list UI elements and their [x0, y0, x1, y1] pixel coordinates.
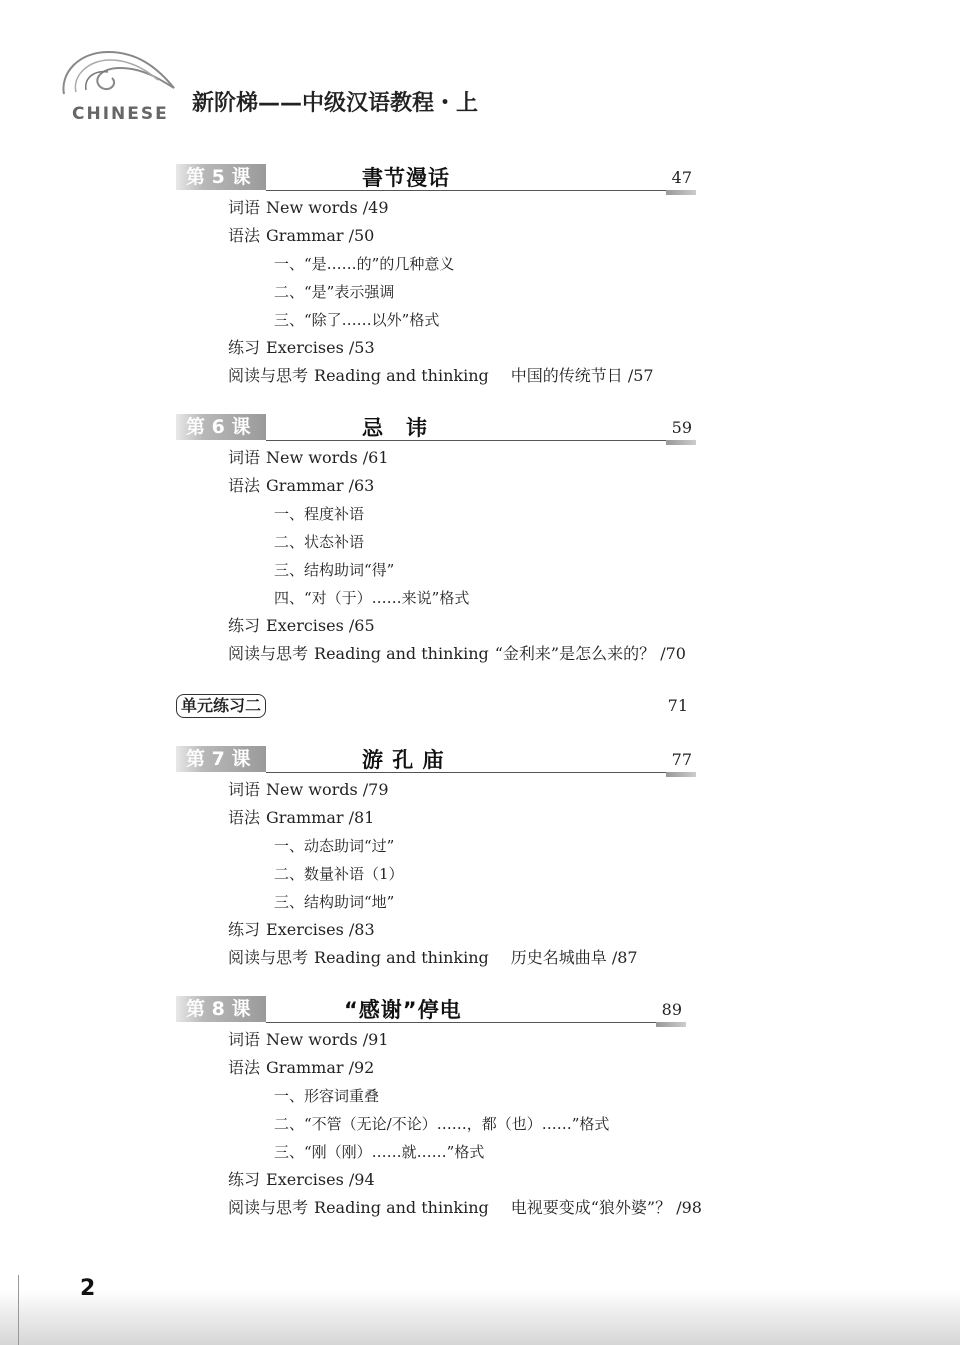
- grammar-point: 一、形容词重叠: [228, 1082, 686, 1110]
- grammar-point: 一、“是……的”的几种意义: [228, 250, 696, 278]
- toc-entry-exercises[interactable]: 练习Exercises /53: [228, 334, 696, 362]
- toc-entry-new-words[interactable]: 词语New words /91: [228, 1026, 686, 1054]
- lesson-header: 第 8 课 “感谢”停电 89: [176, 992, 686, 1024]
- grammar-point: 一、动态助词“过”: [228, 832, 696, 860]
- divider-cap: [656, 1022, 686, 1027]
- lesson-badge: 第 8 课: [176, 996, 266, 1022]
- lesson-title: 書节漫话: [362, 162, 450, 192]
- lesson-8: 第 8 课 “感谢”停电 89 词语New words /91 语法Gramma…: [176, 992, 686, 1222]
- unit-review-entry[interactable]: 单元练习二 71: [176, 694, 692, 720]
- lesson-5: 第 5 课 書节漫话 47 词语New words /49 语法Grammar …: [176, 160, 696, 390]
- grammar-point: 三、“除了……以外”格式: [228, 306, 696, 334]
- toc-entry-new-words[interactable]: 词语New words /79: [228, 776, 696, 804]
- logo: CHINESE: [58, 44, 178, 129]
- lesson-badge: 第 7 课: [176, 746, 266, 772]
- grammar-point: 三、结构助词“地”: [228, 888, 696, 916]
- grammar-point: 二、数量补语（1）: [228, 860, 696, 888]
- divider-cap: [666, 772, 696, 777]
- toc-entry-exercises[interactable]: 练习Exercises /65: [228, 612, 696, 640]
- lesson-header: 第 5 课 書节漫话 47: [176, 160, 696, 192]
- lesson-header: 第 7 课 游 孔 庙 77: [176, 742, 696, 774]
- lesson-page: 47: [672, 168, 692, 187]
- page-number: 2: [80, 1276, 95, 1301]
- lesson-page: 77: [672, 750, 692, 769]
- lesson-header: 第 6 课 忌 讳 59: [176, 410, 696, 442]
- toc-entry-exercises[interactable]: 练习Exercises /94: [228, 1166, 686, 1194]
- logo-text: CHINESE: [72, 104, 169, 124]
- lesson-page: 89: [662, 1000, 682, 1019]
- toc-entry-grammar[interactable]: 语法Grammar /63: [228, 472, 696, 500]
- lesson-title: “感谢”停电: [344, 994, 462, 1024]
- toc-entry-reading[interactable]: 阅读与思考Reading and thinking历史名城曲阜 /87: [228, 944, 696, 972]
- divider: [266, 190, 696, 191]
- lesson-title: 忌 讳: [362, 412, 428, 442]
- toc-entry-reading[interactable]: 阅读与思考Reading and thinking电视要变成“狼外婆”？ /98: [228, 1194, 686, 1222]
- lesson-page: 59: [672, 418, 692, 437]
- divider: [266, 440, 696, 441]
- unit-review-label: 单元练习二: [176, 694, 266, 718]
- divider: [266, 772, 696, 773]
- lesson-7: 第 7 课 游 孔 庙 77 词语New words /79 语法Grammar…: [176, 742, 696, 972]
- toc-entry-grammar[interactable]: 语法Grammar /92: [228, 1054, 686, 1082]
- page-footer-texture: [0, 1290, 960, 1345]
- toc-entry-reading[interactable]: 阅读与思考Reading and thinking中国的传统节日 /57: [228, 362, 696, 390]
- grammar-point: 三、“刚（刚）……就……”格式: [228, 1138, 686, 1166]
- lesson-6: 第 6 课 忌 讳 59 词语New words /61 语法Grammar /…: [176, 410, 696, 668]
- toc-entry-new-words[interactable]: 词语New words /49: [228, 194, 696, 222]
- grammar-point: 三、结构助词“得”: [228, 556, 696, 584]
- unit-review-page: 71: [668, 696, 688, 715]
- lesson-title: 游 孔 庙: [362, 744, 445, 774]
- toc-entry-new-words[interactable]: 词语New words /61: [228, 444, 696, 472]
- toc-entry-grammar[interactable]: 语法Grammar /81: [228, 804, 696, 832]
- divider-cap: [666, 190, 696, 195]
- toc-entry-reading[interactable]: 阅读与思考Reading and thinking“金利来”是怎么来的？ /70: [228, 640, 696, 668]
- lesson-badge: 第 6 课: [176, 414, 266, 440]
- toc-entry-exercises[interactable]: 练习Exercises /83: [228, 916, 696, 944]
- footer-margin-line: [18, 1275, 19, 1345]
- lesson-badge: 第 5 课: [176, 164, 266, 190]
- toc-entry-grammar[interactable]: 语法Grammar /50: [228, 222, 696, 250]
- divider: [266, 1022, 686, 1023]
- grammar-point: 一、程度补语: [228, 500, 696, 528]
- grammar-point: 二、状态补语: [228, 528, 696, 556]
- grammar-point: 二、“不管（无论/不论）……，都（也）……”格式: [228, 1110, 686, 1138]
- wave-logo-icon: [58, 44, 178, 106]
- grammar-point: 四、“对（于）……来说”格式: [228, 584, 696, 612]
- grammar-point: 二、“是”表示强调: [228, 278, 696, 306]
- divider-cap: [666, 440, 696, 445]
- book-title: 新阶梯——中级汉语教程・上: [192, 86, 478, 117]
